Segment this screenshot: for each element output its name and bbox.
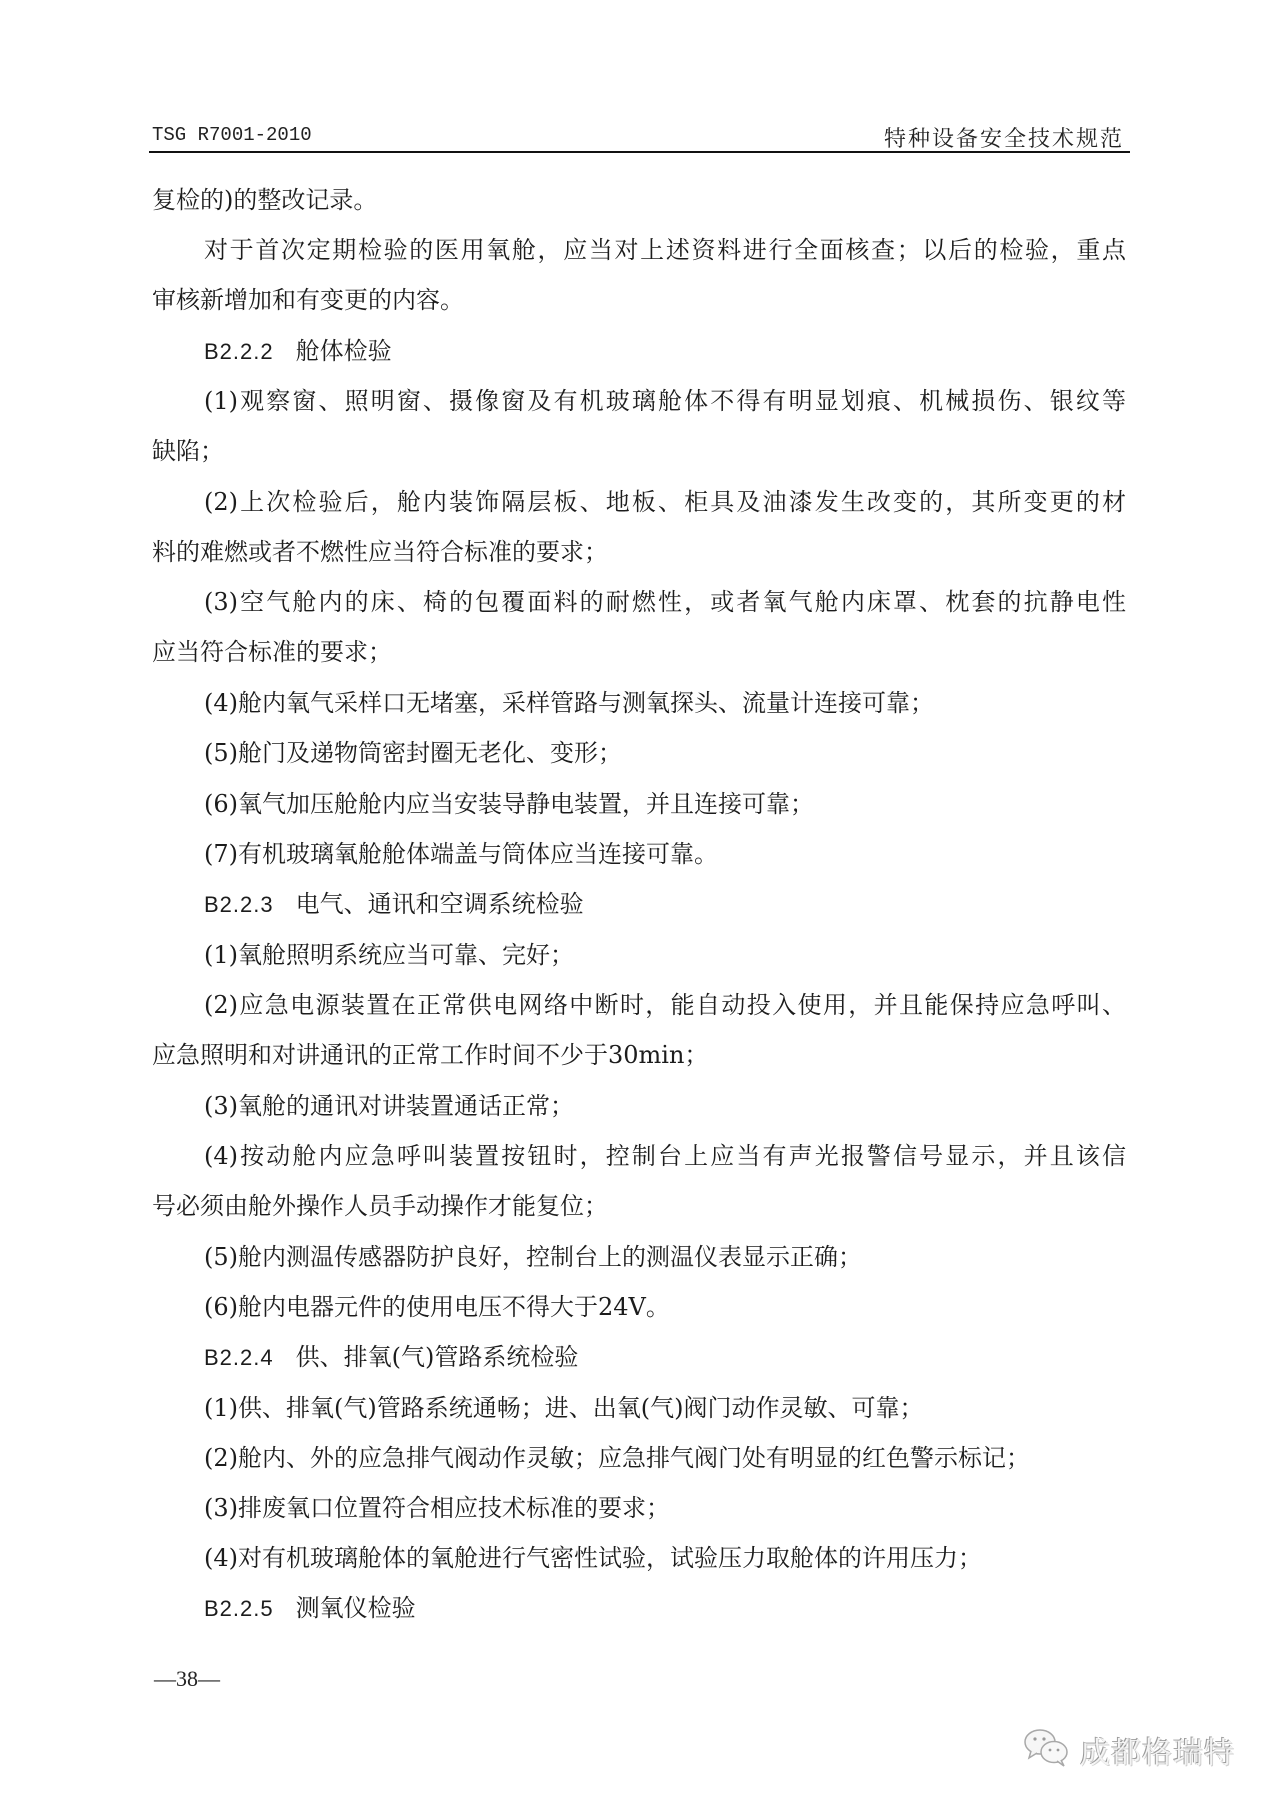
body-line: 号必须由舱外操作人员手动操作才能复位；	[152, 1191, 1126, 1221]
body-line: (2)上次检验后，舱内装饰隔层板、地板、柜具及油漆发生改变的，其所变更的材	[204, 487, 1126, 517]
body-line: (5)舱门及递物筒密封圈无老化、变形；	[204, 738, 1126, 768]
body-line: 缺陷；	[152, 436, 1126, 466]
header-divider	[149, 151, 1130, 153]
section-title: 供、排氧(气)管路系统检验	[296, 1343, 579, 1371]
section-number: B2.2.3	[204, 892, 274, 917]
section-heading-b2-2-2: B2.2.2舱体检验	[204, 336, 392, 367]
body-line: (7)有机玻璃氧舱舱体端盖与筒体应当连接可靠。	[204, 839, 1126, 869]
body-line: (2)应急电源装置在正常供电网络中断时，能自动投入使用，并且能保持应急呼叫、	[204, 990, 1126, 1020]
section-title: 电气、通讯和空调系统检验	[296, 890, 584, 918]
body-line: (1)观察窗、照明窗、摄像窗及有机玻璃舱体不得有明显划痕、机械损伤、银纹等	[204, 386, 1126, 416]
header-doc-code: TSG R7001-2010	[152, 124, 312, 146]
body-line: (5)舱内测温传感器防护良好，控制台上的测温仪表显示正确；	[204, 1242, 1126, 1272]
body-line: (4)按动舱内应急呼叫装置按钮时，控制台上应当有声光报警信号显示，并且该信	[204, 1141, 1126, 1171]
body-line: (3)排废氧口位置符合相应技术标准的要求；	[204, 1493, 1126, 1523]
body-line: 审核新增加和有变更的内容。	[152, 285, 1126, 315]
section-title: 舱体检验	[296, 337, 392, 365]
body-line: (6)舱内电器元件的使用电压不得大于24V。	[204, 1292, 1126, 1322]
section-number: B2.2.4	[204, 1345, 274, 1370]
watermark: 成都格瑞特	[1022, 1728, 1235, 1772]
body-line: (1)氧舱照明系统应当可靠、完好；	[204, 940, 1126, 970]
body-line: (4)舱内氧气采样口无堵塞，采样管路与测氧探头、流量计连接可靠；	[204, 688, 1126, 718]
wechat-icon	[1022, 1726, 1072, 1774]
body-line: 料的难燃或者不燃性应当符合标准的要求；	[152, 537, 1126, 567]
section-heading-b2-2-5: B2.2.5测氧仪检验	[204, 1593, 416, 1624]
watermark-text: 成都格瑞特	[1080, 1728, 1235, 1772]
section-heading-b2-2-3: B2.2.3电气、通讯和空调系统检验	[204, 889, 584, 920]
body-line: 复检的)的整改记录。	[152, 185, 1126, 215]
section-heading-b2-2-4: B2.2.4供、排氧(气)管路系统检验	[204, 1342, 578, 1373]
body-line: 对于首次定期检验的医用氧舱，应当对上述资料进行全面核查；以后的检验，重点	[204, 235, 1126, 265]
section-number: B2.2.2	[204, 339, 274, 364]
body-line: 应当符合标准的要求；	[152, 637, 1126, 667]
section-number: B2.2.5	[204, 1596, 274, 1621]
body-line: 应急照明和对讲通讯的正常工作时间不少于30min；	[152, 1040, 1126, 1070]
page-number: —38—	[154, 1666, 220, 1692]
body-line: (4)对有机玻璃舱体的氧舱进行气密性试验，试验压力取舱体的许用压力；	[204, 1543, 1126, 1573]
body-line: (2)舱内、外的应急排气阀动作灵敏；应急排气阀门处有明显的红色警示标记；	[204, 1443, 1126, 1473]
header-doc-category: 特种设备安全技术规范	[884, 122, 1124, 153]
body-line: (3)氧舱的通讯对讲装置通话正常；	[204, 1091, 1126, 1121]
body-line: (3)空气舱内的床、椅的包覆面料的耐燃性，或者氧气舱内床罩、枕套的抗静电性	[204, 587, 1126, 617]
section-title: 测氧仪检验	[296, 1594, 416, 1622]
body-line: (1)供、排氧(气)管路系统通畅；进、出氧(气)阀门动作灵敏、可靠；	[204, 1393, 1126, 1423]
body-line: (6)氧气加压舱舱内应当安装导静电装置，并且连接可靠；	[204, 789, 1126, 819]
